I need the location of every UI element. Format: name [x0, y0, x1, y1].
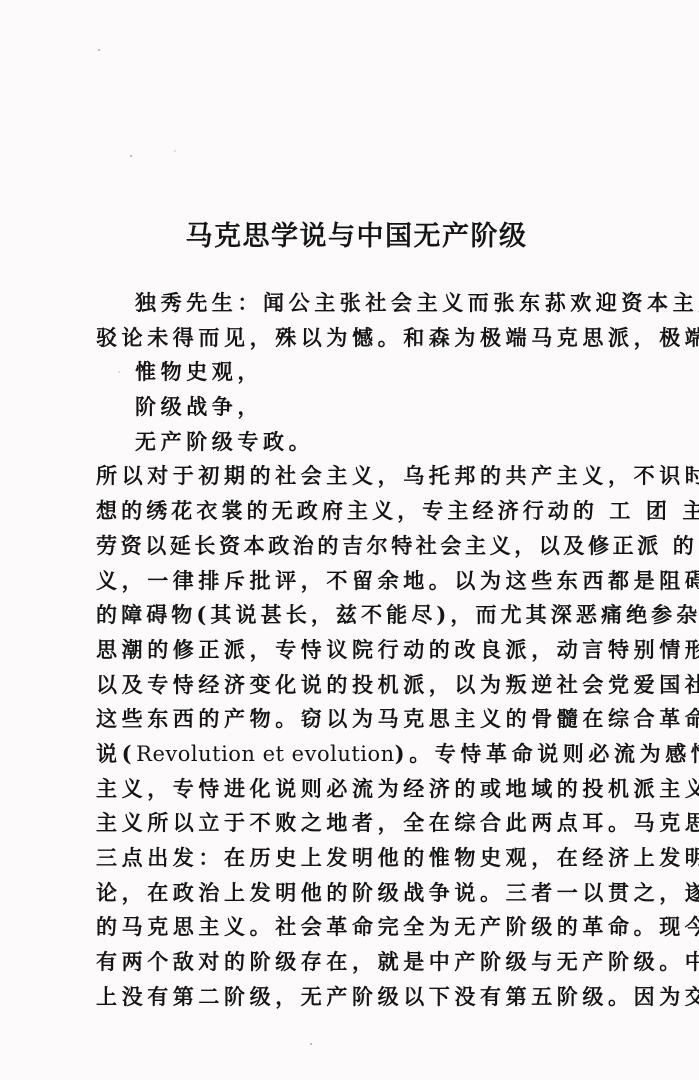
body-line: 的马克思主义。社会革命完全为无产阶级的革命。现今全世界只: [96, 910, 636, 945]
body-line: 这些东西的产物。窃以为马克思主义的骨髓在综合革命说与进化: [96, 702, 636, 737]
body-line: 驳论未得而见，殊以为憾。和森为极端马克思派，极端主张：: [96, 321, 636, 356]
body-line: 想的绣花衣裳的无政府主义，专主经济行动的 工 团 主 义，调和: [96, 494, 636, 529]
article-body: 独秀先生：闻公主张社会主义而张东荪欢迎资本主义，两方 驳论未得而见，殊以为憾。和…: [96, 286, 636, 1014]
scan-speck: [130, 155, 132, 157]
body-line: 劳资以延长资本政治的吉尔特社会主义，以及修正派 的 社 会 主: [96, 529, 636, 564]
body-line: 以及专恃经济变化说的投机派，以为叛逆社会党爱国社会党都是: [96, 668, 636, 703]
list-item: 无产阶级专政。: [96, 425, 636, 460]
body-line: 有两个敌对的阶级存在，就是中产阶级与无产阶级。中产阶级以: [96, 945, 636, 980]
body-line: 独秀先生：闻公主张社会主义而张东荪欢迎资本主义，两方: [96, 286, 636, 321]
page-title: 马克思学说与中国无产阶级: [0, 217, 699, 257]
body-line: 的障碍物(其说甚长，兹不能尽)，而尤其深恶痛绝参杂中产阶级: [96, 598, 636, 633]
body-line: 说(Revolution et evolution)。专恃革命说则必流为感情的革…: [96, 737, 636, 772]
body-line: 思潮的修正派，专恃议院行动的改良派，动言特别情形特别背影: [96, 633, 636, 668]
body-line: 三点出发：在历史上发明他的惟物史观，在经济上发明他的资本: [96, 841, 636, 876]
body-line: 所以对于初期的社会主义，乌托邦的共产主义，不识时务穿着理: [96, 459, 636, 494]
body-line: 主义所以立于不败之地者，全在综合此两点耳。马克思的学理由: [96, 806, 636, 841]
body-line: 主义，专恃进化说则必流为经济的或地域的投机派主义。马克思: [96, 772, 636, 807]
list-item: 阶级战争，: [96, 390, 636, 425]
body-line: 论，在政治上发明他的阶级战争说。三者一以贯之，遂成为革命: [96, 876, 636, 911]
latin-phrase: Revolution et evolution: [136, 742, 395, 766]
body-line: 上没有第二阶级，无产阶级以下没有第五阶级。因为交通发达的: [96, 980, 636, 1015]
scan-speck: [310, 1043, 312, 1045]
body-line-text: )。专恃革命说则必流为感情的革命: [395, 741, 699, 766]
body-line-text: 说(: [96, 741, 136, 766]
scan-speck: [98, 49, 100, 51]
body-line: 义，一律排斥批评，不留余地。以为这些东西都是阻碍世界革命: [96, 564, 636, 599]
list-item: 惟物史观，: [96, 355, 636, 390]
scan-speck: [174, 150, 176, 152]
